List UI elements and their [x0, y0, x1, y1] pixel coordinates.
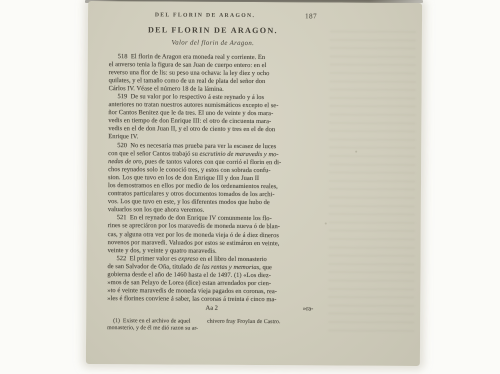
paper-speck [325, 222, 327, 224]
signature-row: Aa 2 »ra- [107, 304, 316, 314]
catchword: »ra- [303, 305, 313, 312]
running-head-title: DEL FLORIN DE ARAGON. [109, 12, 301, 19]
paper-speck [355, 151, 357, 153]
text-line: monasterio, y de él me dió razon su ar- [107, 325, 198, 333]
footnote-left-column: (1) Existe en el archivo de aquelmonaste… [107, 318, 198, 333]
book-page: DEL FLORIN DE ARAGON. 187 DEL FLORIN DE … [86, 1, 422, 366]
section-subtitle: Valor del florin de Aragon. [109, 39, 317, 47]
body-text: 518 El florin de Aragon era moneda real … [107, 53, 318, 334]
chapter-title: DEL FLORIN DE ARAGON. [109, 25, 317, 35]
reverse-side-showthrough [328, 30, 416, 337]
running-header: DEL FLORIN DE ARAGON. 187 [109, 12, 317, 22]
footnote-right-column: chivero fray Froylan de Castro. [207, 319, 280, 333]
signature-mark: Aa 2 [107, 304, 316, 312]
page-number: 187 [305, 12, 317, 20]
footnote: (1) Existe en el archivo de aquelmonaste… [107, 318, 316, 333]
paragraphs-container: 518 El florin de Aragon era moneda real … [107, 53, 318, 305]
book-page-photo: DEL FLORIN DE ARAGON. 187 DEL FLORIN DE … [0, 0, 500, 374]
text-line: chivero fray Froylan de Castro. [207, 319, 280, 326]
